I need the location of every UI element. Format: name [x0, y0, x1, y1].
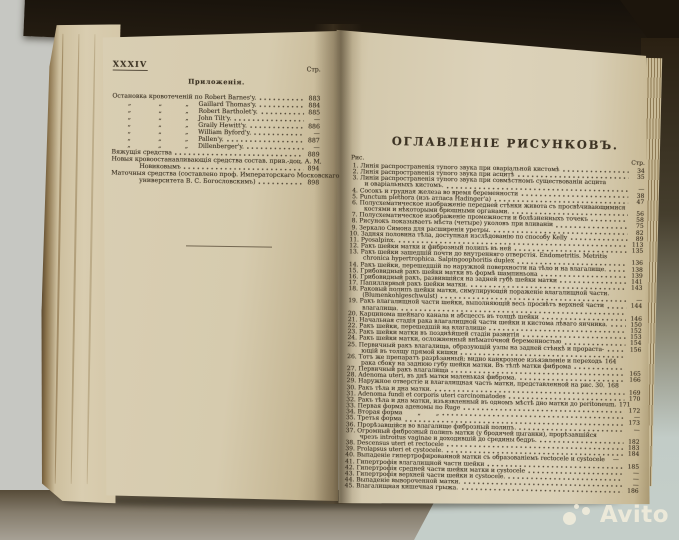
dot-leader	[607, 349, 625, 352]
avito-wordmark: Avito	[600, 502, 669, 528]
toc-page-number: 186	[625, 489, 639, 495]
toc-page-number: 164	[602, 359, 616, 365]
toc-page-number: 135	[629, 249, 643, 255]
toc-page-number: 898	[305, 179, 319, 186]
dot-leader	[261, 112, 304, 116]
toc-page-number: 47	[630, 199, 644, 205]
dot-leader	[611, 324, 626, 327]
page-column-header: Стр.	[631, 160, 645, 167]
toc-page-number: 143	[628, 286, 642, 292]
toc-page-number: 35	[631, 175, 645, 181]
figure-column-header: Рис.	[351, 154, 364, 161]
avito-watermark: Avito	[563, 502, 669, 528]
dot-leader	[609, 269, 627, 272]
dot-leader	[259, 182, 304, 186]
toc-page-number: —	[605, 457, 619, 463]
appendix-list: Остановка кровотеченій по Robert Barnes'…	[111, 93, 320, 187]
toc-page-number: 156	[627, 347, 641, 353]
dot-leader	[259, 98, 304, 102]
right-page-content: ОГЛАВЛЕНІЕ РИСУНКОВЪ. Рис. Стр. 1. Линія…	[345, 133, 646, 495]
folio-number: XXXIV	[113, 59, 148, 71]
left-page-content: XXXIV Стр. Приложенія. Остановка кровоте…	[111, 59, 321, 187]
toc-page-number: 184	[625, 452, 639, 458]
page-edge-line	[86, 34, 95, 484]
dot-leader	[260, 105, 305, 109]
page-column-header: Стр.	[307, 66, 321, 73]
dot-leader	[607, 306, 626, 309]
page-edge-line	[54, 34, 63, 484]
left-page-header: XXXIV Стр.	[113, 59, 321, 74]
toc-page-number: 144	[628, 304, 642, 310]
toc-page-number: 166	[627, 378, 641, 384]
avito-logo-icon	[563, 503, 593, 527]
book-photo: XXXIV Стр. Приложенія. Остановка кровоте…	[0, 0, 679, 540]
appendix-heading: Приложенія.	[113, 77, 321, 88]
figures-toc-list: 1. Линія распространенія тупого звука пр…	[345, 163, 645, 495]
toc-page-number: 168	[605, 384, 619, 390]
page-edge-line	[70, 34, 79, 484]
toc-page-number: —	[626, 427, 640, 433]
